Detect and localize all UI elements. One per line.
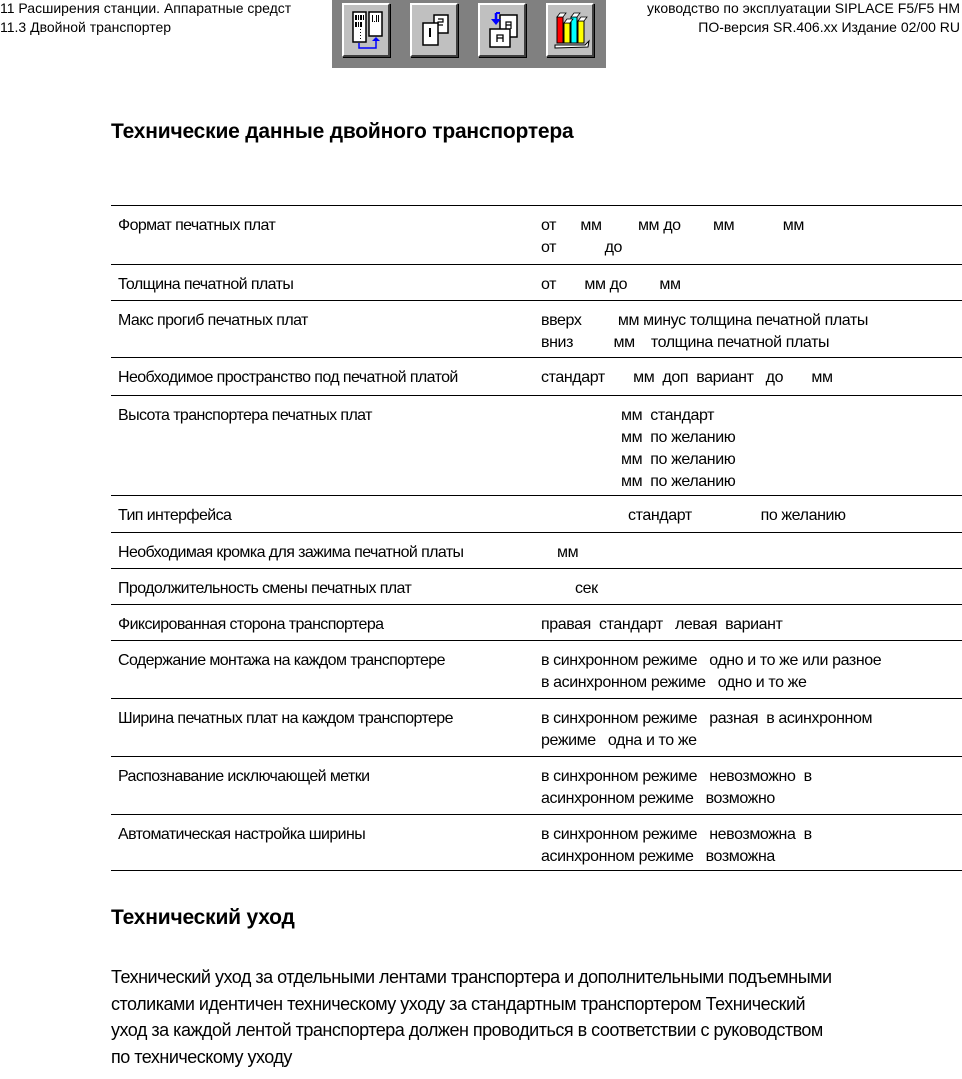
contents-button[interactable] [342,3,390,57]
paragraph-line: Технический уход за отдельными лентами т… [111,964,962,991]
table-row: Толщина печатной платыот мм до мм [111,264,962,300]
back-document-icon [484,9,524,55]
chapter-title: 11 Расширения станции. Аппаратные средст [0,0,291,18]
spec-value: правая стандарт левая вариант [541,614,783,636]
running-header-right: уководство по эксплуатации SIPLACE F5/F5… [647,0,960,37]
spec-label: Содержание монтажа на каждом транспортер… [118,650,445,672]
spec-label: Продолжительность смены печатных плат [118,578,411,600]
spec-label: Необходимая кромка для зажима печатной п… [118,542,463,564]
table-row: Необходимое пространство под печатной пл… [111,357,962,395]
spec-label: Ширина печатных плат на каждом транспорт… [118,708,453,730]
pages-icon [416,9,456,55]
spec-value: стандарт по желанию [628,505,846,527]
table-row: Формат печатных платот мм мм до мм мм от… [111,205,962,264]
paragraph-line: по техническому уходу [111,1044,962,1071]
table-row: Высота транспортера печатных платмм стан… [111,395,962,495]
table-row: Распознавание исключающей меткив синхрон… [111,756,962,814]
manual-title: уководство по эксплуатации SIPLACE F5/F5… [647,0,960,18]
table-of-contents-icon [348,9,388,55]
library-button[interactable] [546,3,594,57]
spec-label: Тип интерфейса [118,505,231,527]
maintenance-heading: Технический уход [111,906,295,930]
spec-label: Фиксированная сторона транспортера [118,614,383,636]
table-row: Фиксированная сторона транспортераправая… [111,604,962,640]
spec-value: в синхронном режиме разная в асинхронном… [541,708,872,752]
specs-heading: Технические данные двойного транспортера [111,120,574,144]
table-row: Автоматическая настройка шириныв синхрон… [111,814,962,871]
spec-value: от мм до мм [541,274,681,296]
spec-label: Макс прогиб печатных плат [118,310,308,332]
table-row: Продолжительность смены печатных платсек [111,568,962,604]
pages-button[interactable] [410,3,458,57]
maintenance-paragraph: Технический уход за отдельными лентами т… [111,964,962,1070]
spec-label: Распознавание исключающей метки [118,766,369,788]
spec-value: сек [575,578,598,600]
spec-value: вверх мм минус толщина печатной платы вн… [541,310,868,354]
spec-label: Формат печатных плат [118,215,275,237]
spec-value: мм стандарт мм по желанию мм по желанию … [621,405,735,493]
paragraph-line: столиками идентичен техническому уходу з… [111,991,962,1018]
version-edition: ПО-версия SR.406.xx Издание 02/00 RU [647,18,960,37]
table-row: Тип интерфейсастандарт по желанию [111,495,962,532]
spec-value: в синхронном режиме невозможно в асинхро… [541,766,812,810]
spec-label: Автоматическая настройка ширины [118,824,365,846]
table-row: Необходимая кромка для зажима печатной п… [111,532,962,568]
spec-value: в синхронном режиме невозможна в асинхро… [541,824,812,868]
back-document-button[interactable] [478,3,526,57]
section-title: 11.3 Двойной транспортер [0,18,291,37]
spec-value: в синхронном режиме одно и то же или раз… [541,650,881,694]
spec-label: Толщина печатной платы [118,274,293,296]
table-row: Ширина печатных плат на каждом транспорт… [111,698,962,756]
paragraph-line: уход за каждой лентой транспортера долже… [111,1017,962,1044]
spec-table: Формат печатных платот мм мм до мм мм от… [111,205,962,871]
spec-value: от мм мм до мм мм от до [541,215,804,259]
table-row: Макс прогиб печатных платвверх мм минус … [111,300,962,357]
navigation-toolbar [332,0,606,68]
spec-label: Необходимое пространство под печатной пл… [118,367,458,389]
library-books-icon [552,9,592,55]
spec-label: Высота транспортера печатных плат [118,405,372,427]
table-row: Содержание монтажа на каждом транспортер… [111,640,962,698]
running-header-left: 11 Расширения станции. Аппаратные средст… [0,0,291,37]
spec-value: стандарт мм доп вариант до мм [541,367,833,389]
spec-value: мм [557,542,578,564]
